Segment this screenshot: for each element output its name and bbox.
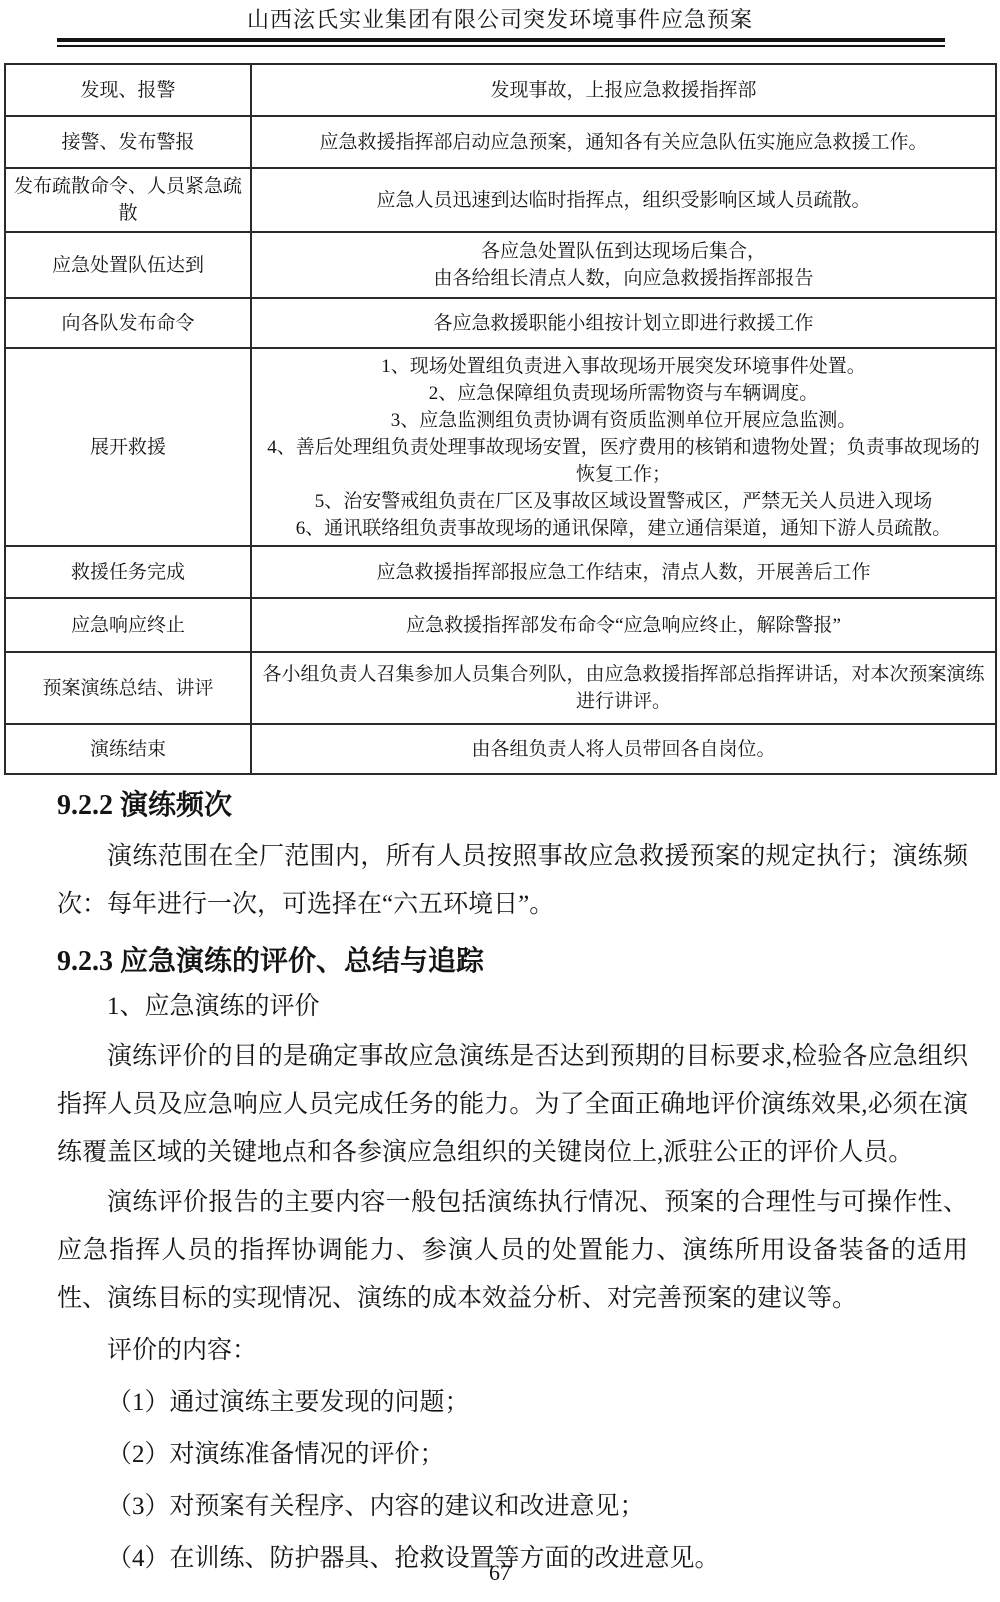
- table-row: 预案演练总结、讲评 各小组负责人召集参加人员集合列队，由应急救援指挥部总指挥讲话…: [5, 652, 996, 724]
- table-row: 接警、发布警报 应急救援指挥部启动应急预案，通知各有关应急队伍实施应急救援工作。: [5, 116, 996, 168]
- cell-line: 各应急处置队伍到达现场后集合，: [258, 238, 989, 265]
- header-divider-rule: [57, 38, 945, 47]
- table-row: 救援任务完成 应急救援指挥部报应急工作结束，清点人数，开展善后工作: [5, 546, 996, 598]
- cell-line: 2、应急保障组负责现场所需物资与车辆调度。: [258, 380, 989, 407]
- step-label-cell: 预案演练总结、讲评: [5, 652, 251, 724]
- table-row: 应急处置队伍达到 各应急处置队伍到达现场后集合， 由各给组长清点人数，向应急救援…: [5, 232, 996, 298]
- step-label-cell: 向各队发布命令: [5, 298, 251, 348]
- section-923-subheading: 1、应急演练的评价: [57, 991, 1000, 1023]
- step-label-cell: 应急响应终止: [5, 598, 251, 652]
- step-content-cell: 应急救援指挥部发布命令“应急响应终止，解除警报”: [251, 598, 996, 652]
- evaluation-list-item: （3）对预案有关程序、内容的建议和改进意见；: [57, 1483, 1000, 1531]
- step-label-cell: 展开救援: [5, 348, 251, 546]
- section-heading-923: 9.2.3 应急演练的评价、总结与追踪: [57, 945, 1000, 979]
- table-row: 演练结束 由各组负责人将人员带回各自岗位。: [5, 724, 996, 774]
- step-label-cell: 演练结束: [5, 724, 251, 774]
- cell-line: 由各给组长清点人数，向应急救援指挥部报告: [258, 265, 989, 292]
- step-content-cell: 各小组负责人召集参加人员集合列队，由应急救援指挥部总指挥讲话，对本次预案演练 进…: [251, 652, 996, 724]
- table-row: 展开救援 1、现场处置组负责进入事故现场开展突发环境事件处置。 2、应急保障组负…: [5, 348, 996, 546]
- section-922-paragraph: 演练范围在全厂范围内，所有人员按照事故应急救援预案的规定执行；演练频次：每年进行…: [57, 833, 968, 929]
- step-content-cell: 应急人员迅速到达临时指挥点，组织受影响区域人员疏散。: [251, 168, 996, 232]
- cell-line: 各小组负责人召集参加人员集合列队，由应急救援指挥部总指挥讲话，对本次预案演练: [258, 661, 989, 688]
- table-row: 应急响应终止 应急救援指挥部发布命令“应急响应终止，解除警报”: [5, 598, 996, 652]
- step-content-cell: 1、现场处置组负责进入事故现场开展突发环境事件处置。 2、应急保障组负责现场所需…: [251, 348, 996, 546]
- evaluation-list-item: （2）对演练准备情况的评价；: [57, 1431, 1000, 1479]
- table-row: 向各队发布命令 各应急救援职能小组按计划立即进行救援工作: [5, 298, 996, 348]
- table-row: 发布疏散命令、人员紧急疏散 应急人员迅速到达临时指挥点，组织受影响区域人员疏散。: [5, 168, 996, 232]
- step-label-cell: 救援任务完成: [5, 546, 251, 598]
- cell-line: 6、通讯联络组负责事故现场的通讯保障，建立通信渠道，通知下游人员疏散。: [258, 515, 989, 542]
- evaluation-list-item: （1）通过演练主要发现的问题；: [57, 1379, 1000, 1427]
- cell-line: 5、治安警戒组负责在厂区及事故区域设置警戒区，严禁无关人员进入现场: [258, 488, 989, 515]
- step-content-cell: 发现事故，上报应急救援指挥部: [251, 64, 996, 116]
- step-content-cell: 应急救援指挥部报应急工作结束，清点人数，开展善后工作: [251, 546, 996, 598]
- section-heading-922: 9.2.2 演练频次: [57, 789, 1000, 823]
- step-content-cell: 各应急处置队伍到达现场后集合， 由各给组长清点人数，向应急救援指挥部报告: [251, 232, 996, 298]
- step-label-cell: 发现、报警: [5, 64, 251, 116]
- page-number: 67: [0, 1560, 1000, 1586]
- step-label-cell: 应急处置队伍达到: [5, 232, 251, 298]
- cell-line: 4、善后处理组负责处理事故现场安置，医疗费用的核销和遗物处置；负责事故现场的恢复…: [258, 434, 989, 488]
- table-row: 发现、报警 发现事故，上报应急救援指挥部: [5, 64, 996, 116]
- section-923-paragraph-1: 演练评价的目的是确定事故应急演练是否达到预期的目标要求,检验各应急组织指挥人员及…: [57, 1033, 968, 1177]
- evaluation-list-intro: 评价的内容：: [57, 1327, 1000, 1375]
- step-content-cell: 各应急救援职能小组按计划立即进行救援工作: [251, 298, 996, 348]
- section-923-paragraph-2: 演练评价报告的主要内容一般包括演练执行情况、预案的合理性与可操作性、应急指挥人员…: [57, 1179, 968, 1323]
- step-content-cell: 应急救援指挥部启动应急预案，通知各有关应急队伍实施应急救援工作。: [251, 116, 996, 168]
- cell-line: 3、应急监测组负责协调有资质监测单位开展应急监测。: [258, 407, 989, 434]
- step-label-cell: 接警、发布警报: [5, 116, 251, 168]
- step-content-cell: 由各组负责人将人员带回各自岗位。: [251, 724, 996, 774]
- document-header-title: 山西泫氏实业集团有限公司突发环境事件应急预案: [0, 0, 1000, 34]
- step-label-cell: 发布疏散命令、人员紧急疏散: [5, 168, 251, 232]
- cell-line: 1、现场处置组负责进入事故现场开展突发环境事件处置。: [258, 353, 989, 380]
- emergency-response-flow-table: 发现、报警 发现事故，上报应急救援指挥部 接警、发布警报 应急救援指挥部启动应急…: [4, 63, 997, 775]
- document-page: 山西泫氏实业集团有限公司突发环境事件应急预案 发现、报警 发现事故，上报应急救援…: [0, 0, 1000, 1583]
- cell-line: 进行讲评。: [258, 688, 989, 715]
